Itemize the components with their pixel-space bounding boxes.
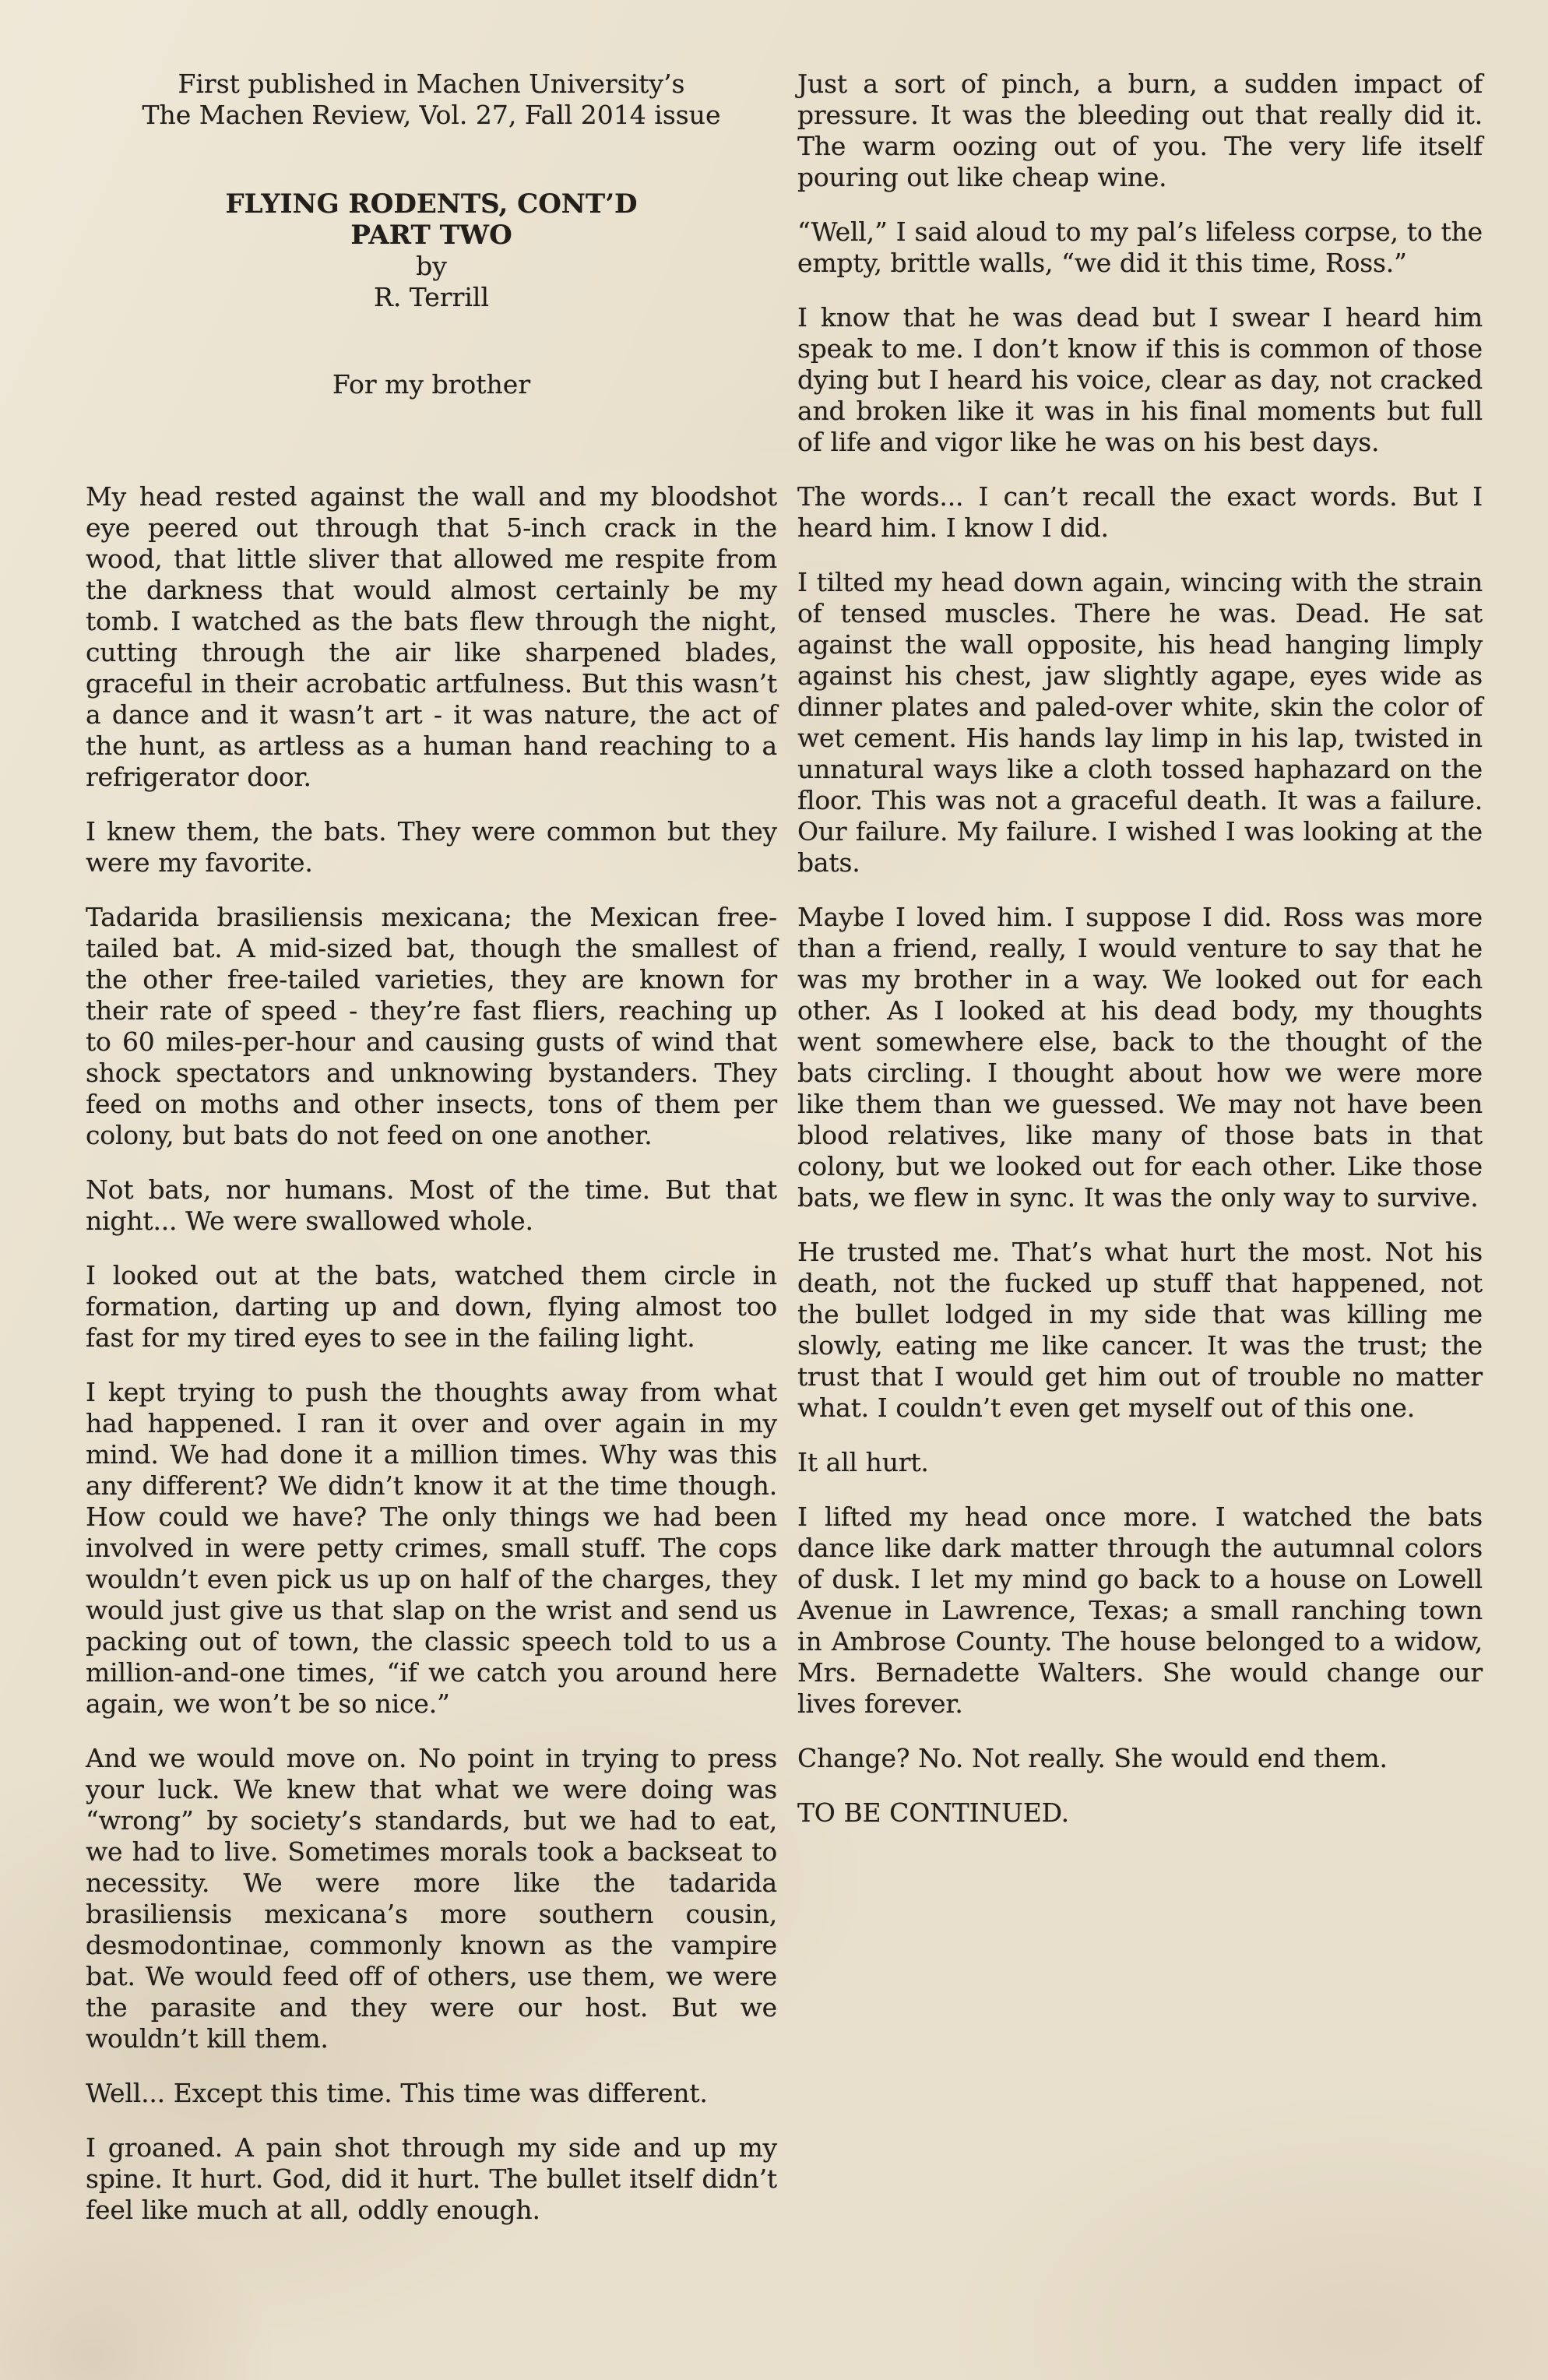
story-paragraph: I looked out at the bats, watched them c… bbox=[86, 1260, 777, 1354]
magazine-page: First published in Machen University’s T… bbox=[0, 0, 1548, 2380]
story-paragraph: Not bats, nor humans. Most of the time. … bbox=[86, 1174, 777, 1237]
story-paragraph: Tadarida brasiliensis mexicana; the Mexi… bbox=[86, 902, 777, 1151]
to-be-continued: TO BE CONTINUED. bbox=[797, 1797, 1483, 1829]
story-paragraph: And we would move on. No point in trying… bbox=[86, 1743, 777, 2054]
story-paragraph: I kept trying to push the thoughts away … bbox=[86, 1377, 777, 1720]
story-paragraph: I know that he was dead but I swear I he… bbox=[797, 302, 1483, 458]
story-paragraph: My head rested against the wall and my b… bbox=[86, 481, 777, 793]
author-name: R. Terrill bbox=[86, 282, 777, 313]
story-paragraph: I tilted my head down again, wincing wit… bbox=[797, 567, 1483, 878]
publication-note-line1: First published in Machen University’s bbox=[86, 69, 777, 100]
story-paragraph: Change? No. Not really. She would end th… bbox=[797, 1743, 1483, 1774]
story-title-line1: FLYING RODENTS, CONT’D bbox=[86, 188, 777, 220]
story-paragraph: Well... Except this time. This time was … bbox=[86, 2078, 777, 2109]
story-title-line2: PART TWO bbox=[86, 220, 777, 251]
byline: by bbox=[86, 251, 777, 282]
title-block: FLYING RODENTS, CONT’D PART TWO by R. Te… bbox=[86, 188, 777, 313]
story-paragraph: I lifted my head once more. I watched th… bbox=[797, 1502, 1483, 1720]
dedication: For my brother bbox=[86, 369, 777, 400]
story-paragraph: The words... I can’t recall the exact wo… bbox=[797, 481, 1483, 544]
story-paragraph: Maybe I loved him. I suppose I did. Ross… bbox=[797, 902, 1483, 1213]
story-paragraph: “Well,” I said aloud to my pal’s lifeles… bbox=[797, 217, 1483, 279]
story-paragraph: It all hurt. bbox=[797, 1447, 1483, 1478]
story-paragraph: He trusted me. That’s what hurt the most… bbox=[797, 1237, 1483, 1424]
left-column: First published in Machen University’s T… bbox=[86, 69, 777, 2226]
story-paragraph: I knew them, the bats. They were common … bbox=[86, 816, 777, 878]
story-paragraph: I groaned. A pain shot through my side a… bbox=[86, 2132, 777, 2226]
story-paragraph: Just a sort of pinch, a burn, a sudden i… bbox=[797, 69, 1483, 193]
publication-note-line2: The Machen Review, Vol. 27, Fall 2014 is… bbox=[86, 100, 777, 131]
publication-note: First published in Machen University’s T… bbox=[86, 69, 777, 131]
right-column: Just a sort of pinch, a burn, a sudden i… bbox=[797, 69, 1483, 1829]
